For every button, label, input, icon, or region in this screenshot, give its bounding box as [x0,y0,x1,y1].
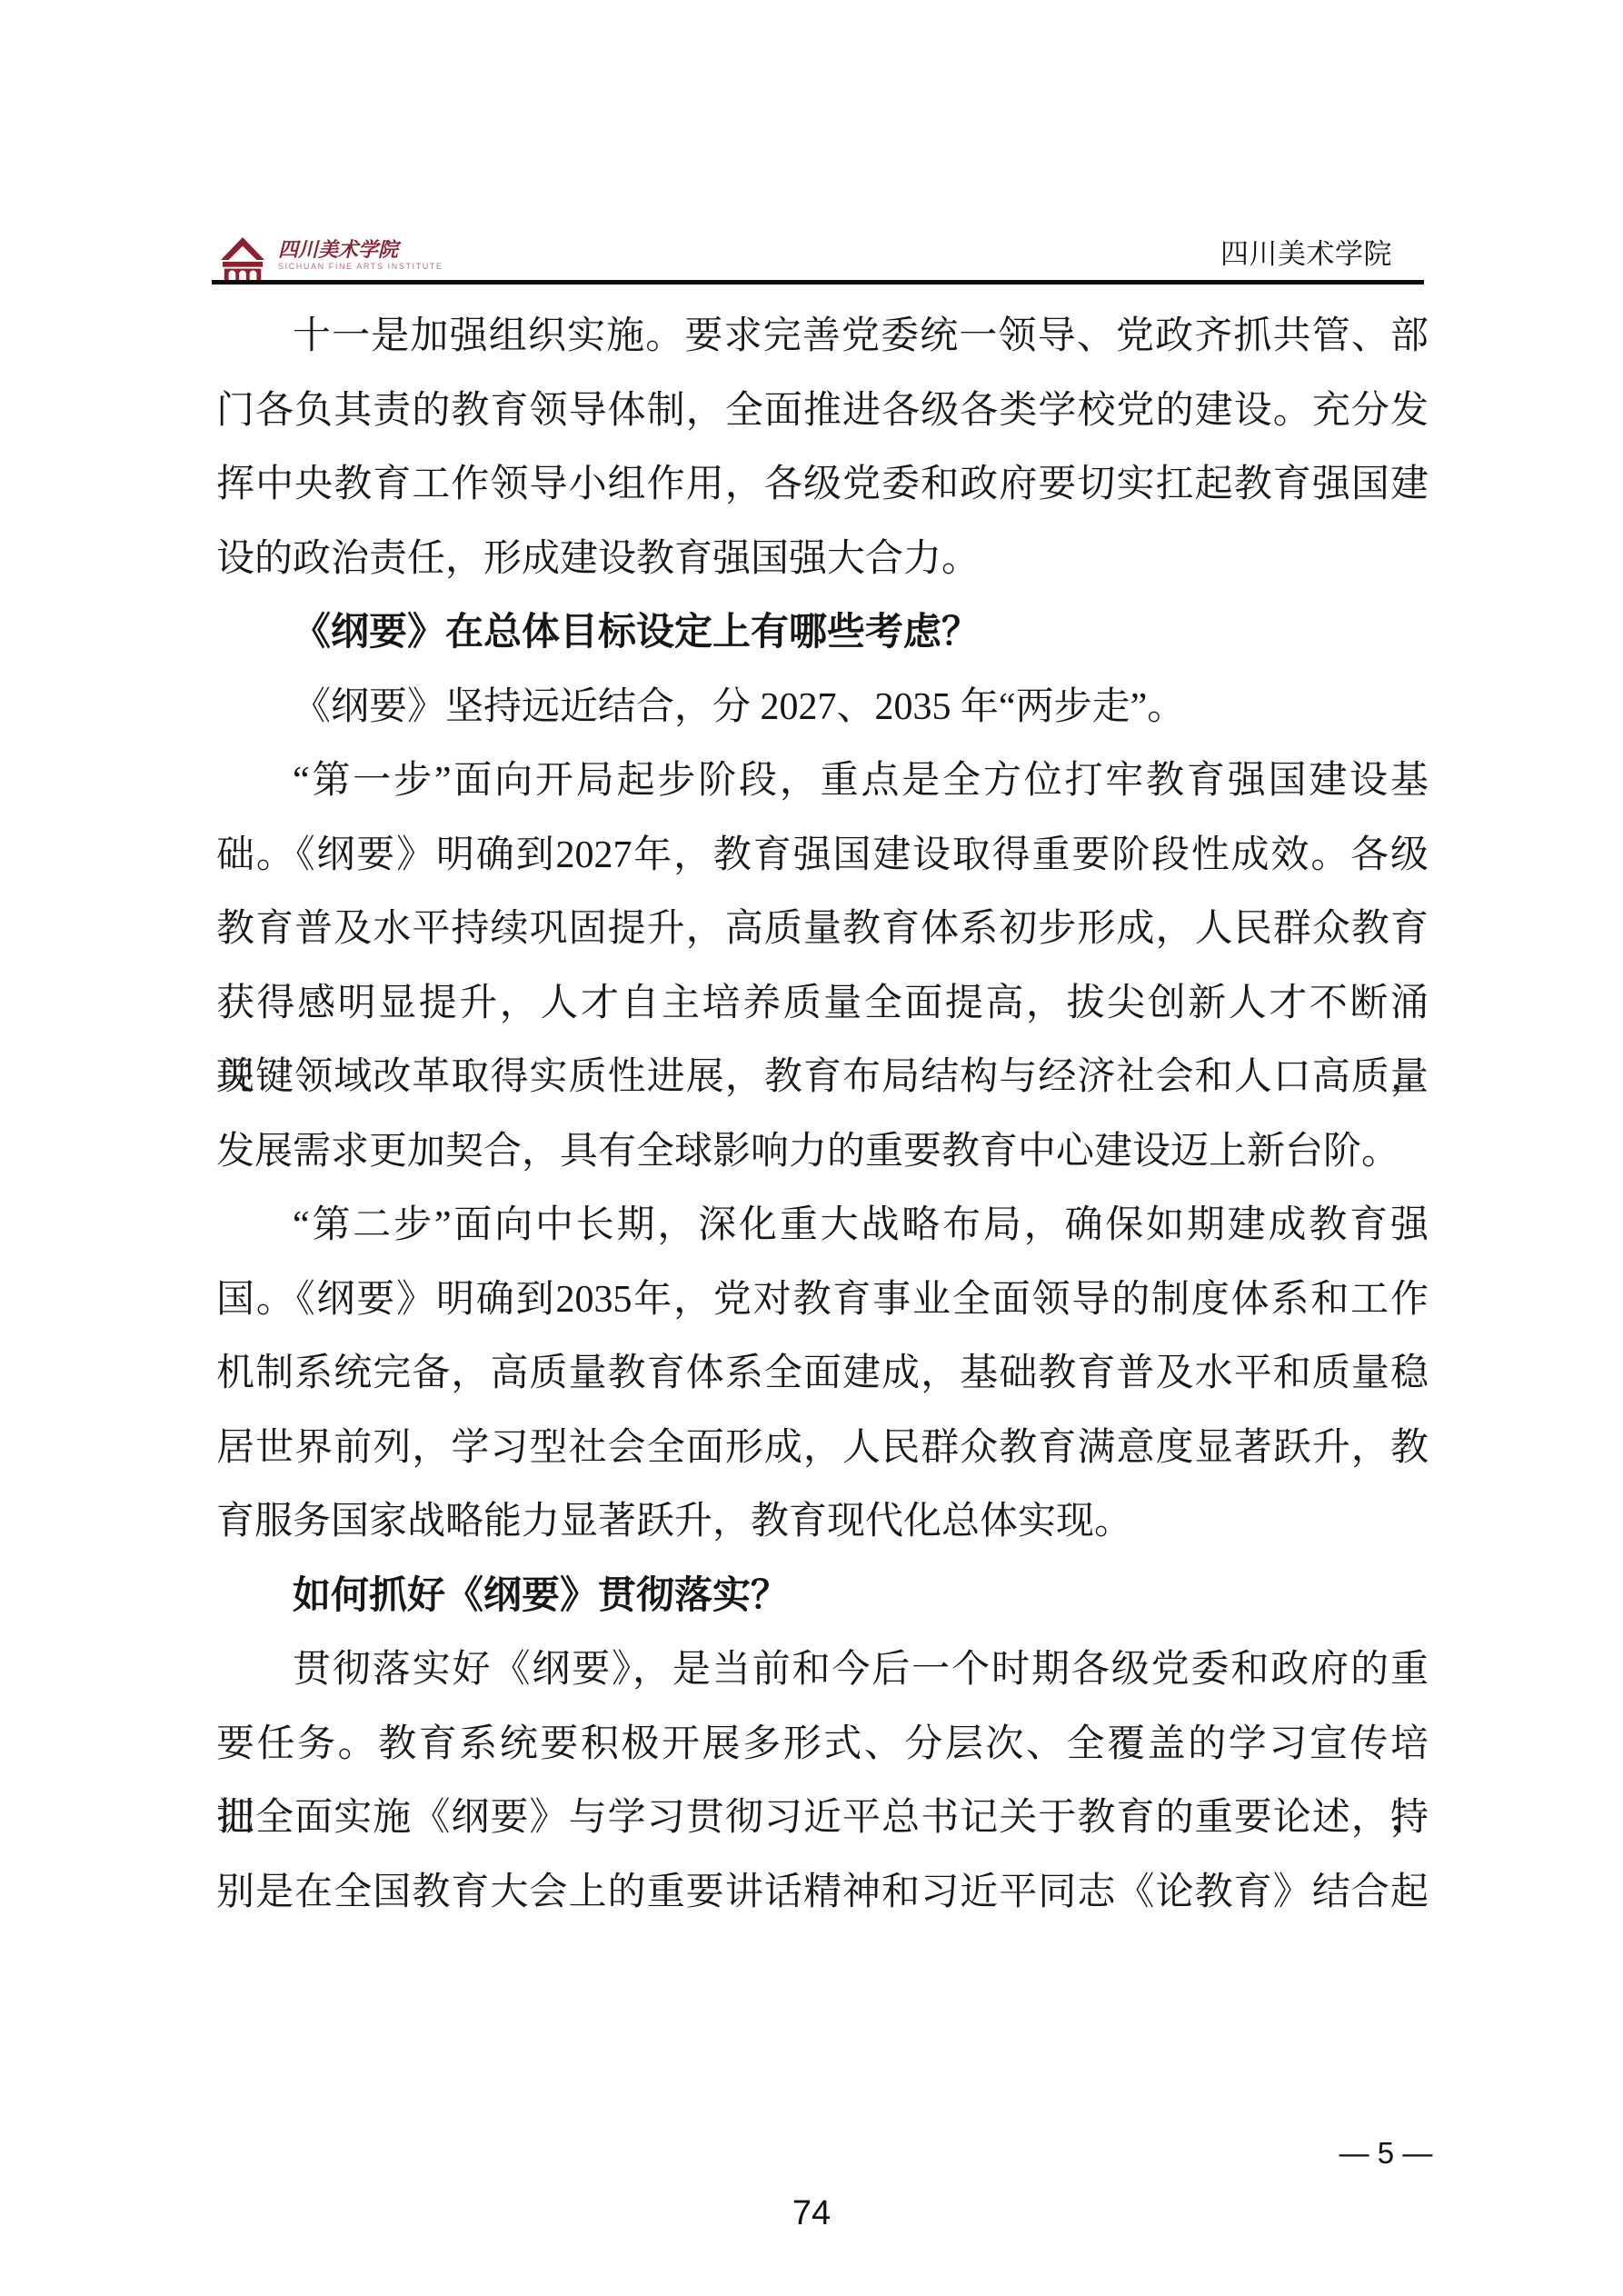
section-page-label: — 5 — [1290,2136,1481,2171]
document-body: 十一是加强组织实施。要求完善党委统一领导、党政齐抓共管、部 门各负其责的教育领导… [216,300,1429,1930]
body-line: 十一是加强组织实施。要求完善党委统一领导、党政齐抓共管、部 [216,300,1429,374]
logo-calligraphy: 四川美术学院 [278,238,443,262]
body-line: 把全面实施《纲要》与学习贯彻习近平总书记关于教育的重要论述，特 [216,1782,1429,1856]
body-line: 获得感明显提升，人才自主培养质量全面提高，拔尖创新人才不断涌现， [216,967,1429,1042]
header-rule [212,280,1424,285]
body-line: 居世界前列，学习型社会全面形成，人民群众教育满意度显著跃升，教 [216,1412,1429,1486]
body-line: 础。《纲要》明确到2027年，教育强国建设取得重要阶段性成效。各级 [216,819,1429,893]
body-line: 门各负其责的教育领导体制，全面推进各级各类学校党的建设。充分发 [216,374,1429,449]
body-line: 机制系统完备，高质量教育体系全面建成，基础教育普及水平和质量稳 [216,1337,1429,1412]
body-line: “第二步”面向中长期，深化重大战略布局，确保如期建成教育强 [216,1189,1429,1263]
body-line: 挥中央教育工作领导小组作用，各级党委和政府要切实扛起教育强国建 [216,448,1429,523]
section-heading: 《纲要》在总体目标设定上有哪些考虑？ [216,596,1429,671]
body-line: 教育普及水平持续巩固提升，高质量教育体系初步形成，人民群众教育 [216,893,1429,967]
logo-subtext: SICHUAN FINE ARTS INSTITUTE [278,262,443,272]
body-line: 设的政治责任，形成建设教育强国强大合力。 [216,523,1429,597]
body-line: 贯彻落实好《纲要》，是当前和今后一个时期各级党委和政府的重 [216,1633,1429,1708]
body-line: 发展需求更加契合，具有全球影响力的重要教育中心建设迈上新台阶。 [216,1115,1429,1190]
body-line: 关键领域改革取得实质性进展，教育布局结构与经济社会和人口高质量 [216,1041,1429,1115]
logo-text-block: 四川美术学院 SICHUAN FINE ARTS INSTITUTE [278,236,443,272]
header-school-name: 四川美术学院 [1220,237,1393,272]
section-heading: 如何抓好《纲要》贯彻落实？ [216,1560,1429,1634]
school-logo: 四川美术学院 SICHUAN FINE ARTS INSTITUTE [216,236,443,282]
body-line: 要任务。教育系统要积极开展多形式、分层次、全覆盖的学习宣传培训， [216,1708,1429,1782]
document-page: 四川美术学院 SICHUAN FINE ARTS INSTITUTE 四川美术学… [0,0,1623,2296]
body-line: 别是在全国教育大会上的重要讲话精神和习近平同志《论教育》结合起 [216,1856,1429,1931]
archway-gate-icon [216,236,269,282]
body-line: “第一步”面向开局起步阶段，重点是全方位打牢教育强国建设基 [216,744,1429,819]
body-line: 育服务国家战略能力显著跃升，教育现代化总体实现。 [216,1485,1429,1560]
body-line: 《纲要》坚持远近结合，分 2027、2035 年“两步走”。 [216,671,1429,745]
body-line: 国。《纲要》明确到2035年，党对教育事业全面领导的制度体系和工作 [216,1263,1429,1338]
page-number: 74 [0,2194,1623,2233]
